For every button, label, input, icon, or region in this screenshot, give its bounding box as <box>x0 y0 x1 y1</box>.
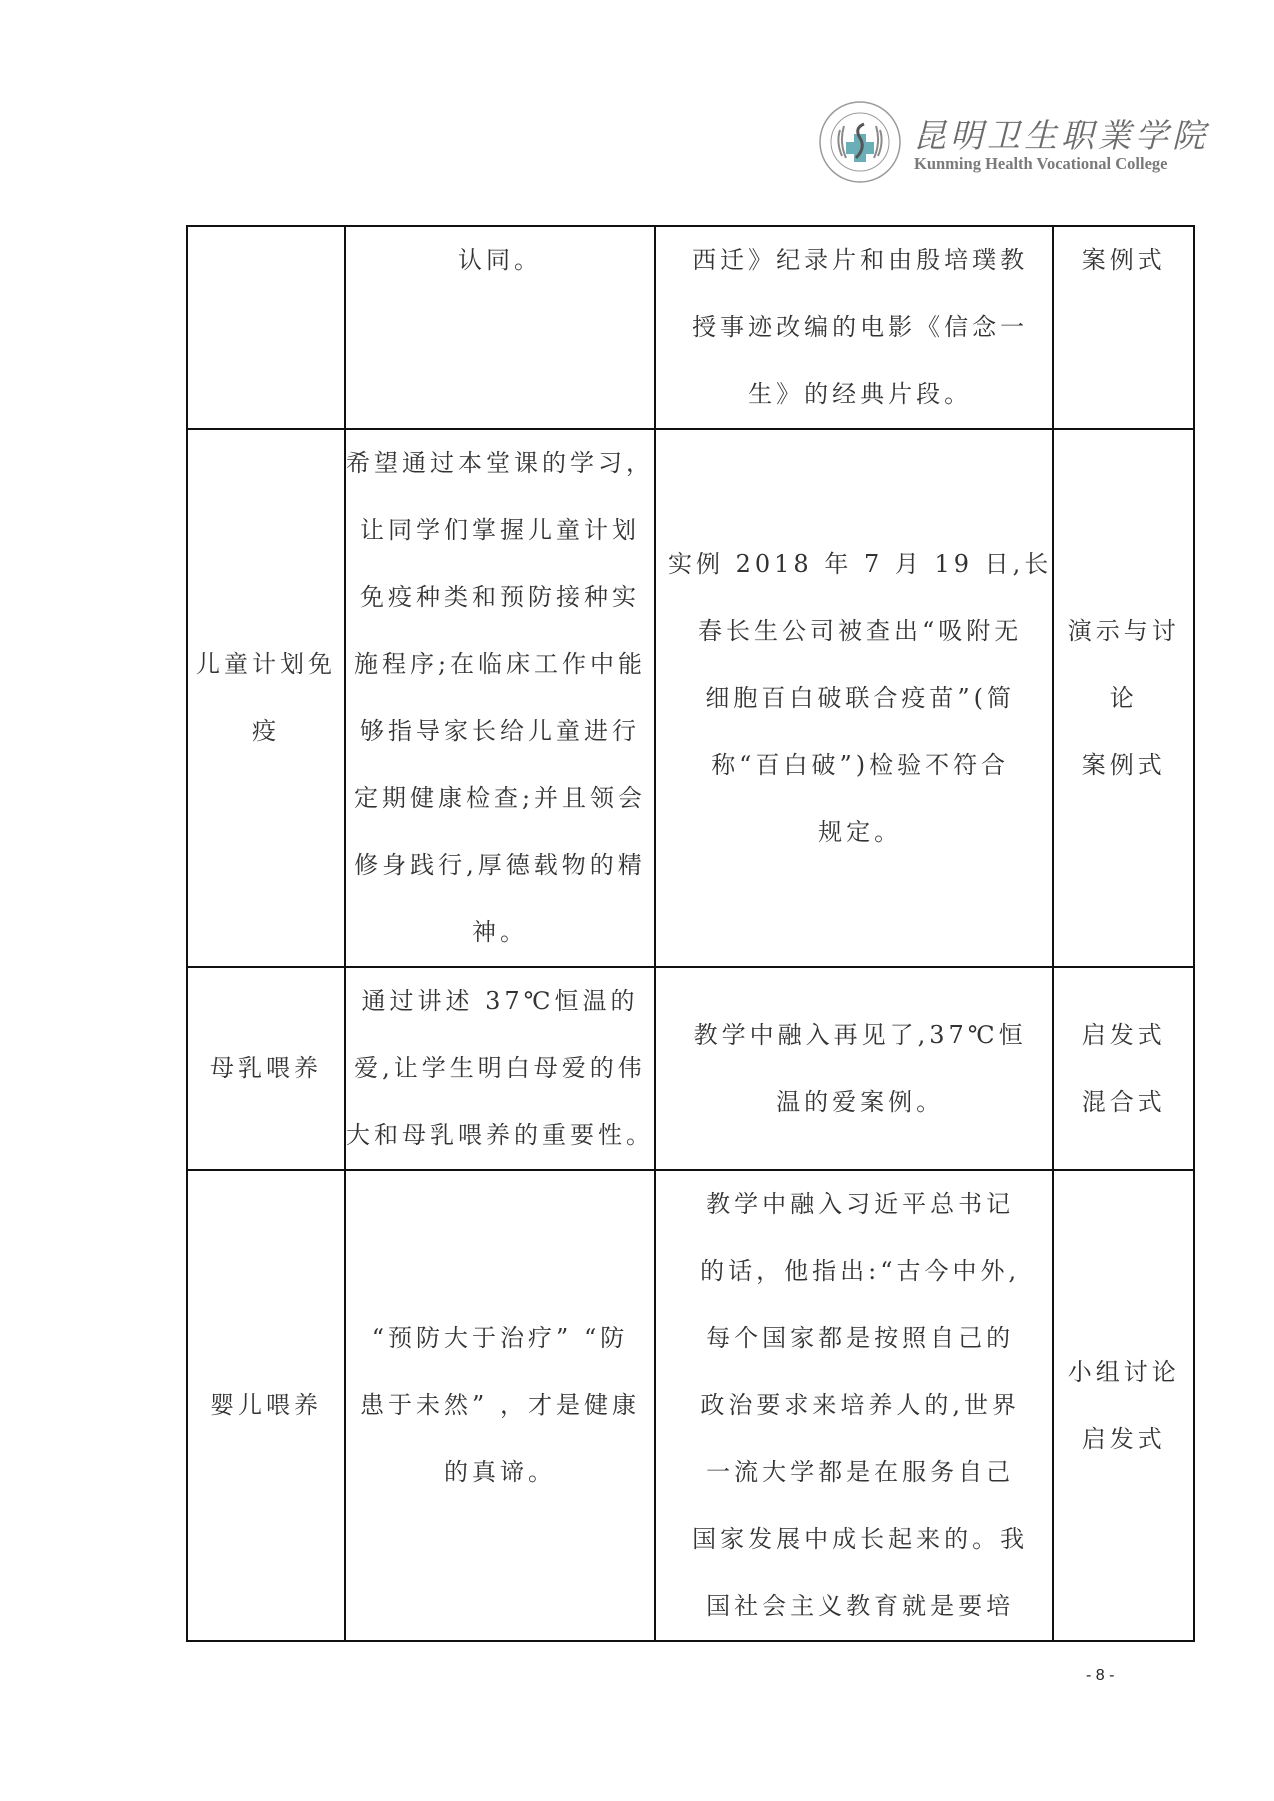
case-cell: 实例 2018 年 7 月 19 日,长 春长生公司被查出“吸附无 细胞百白破联… <box>655 429 1053 967</box>
goal-cell: 认同。 <box>345 226 655 429</box>
table-row: 儿童计划免 疫 希望通过本堂课的学习， 让同学们掌握儿童计划 免疫种类和预防接种… <box>187 429 1194 967</box>
course-design-table: 认同。 西迁》纪录片和由殷培璞教 授事迹改编的电影《信念一 生》的经典片段。 案… <box>186 225 1195 1642</box>
case-cell: 西迁》纪录片和由殷培璞教 授事迹改编的电影《信念一 生》的经典片段。 <box>655 226 1053 429</box>
table-row: 认同。 西迁》纪录片和由殷培璞教 授事迹改编的电影《信念一 生》的经典片段。 案… <box>187 226 1194 429</box>
table-row: 婴儿喂养 “预防大于治疗” “防 患于未然” ，才是健康 的真谛。 教学中融入习… <box>187 1170 1194 1641</box>
table-row: 母乳喂养 通过讲述 37℃恒温的 爱,让学生明白母爱的伟 大和母乳喂养的重要性。… <box>187 967 1194 1170</box>
method-cell: 演示与讨 论 案例式 <box>1053 429 1194 967</box>
page-number: - 8 - <box>1086 1667 1114 1685</box>
college-name-english: Kunming Health Vocational College <box>914 154 1167 174</box>
goal-cell: 通过讲述 37℃恒温的 爱,让学生明白母爱的伟 大和母乳喂养的重要性。 <box>345 967 655 1170</box>
case-cell: 教学中融入习近平总书记 的话，他指出:“古今中外, 每个国家都是按照自己的 政治… <box>655 1170 1053 1641</box>
goal-cell: 希望通过本堂课的学习， 让同学们掌握儿童计划 免疫种类和预防接种实 施程序;在临… <box>345 429 655 967</box>
case-cell: 教学中融入再见了,37℃恒 温的爱案例。 <box>655 967 1053 1170</box>
method-cell: 启发式 混合式 <box>1053 967 1194 1170</box>
topic-cell <box>187 226 345 429</box>
goal-cell: “预防大于治疗” “防 患于未然” ，才是健康 的真谛。 <box>345 1170 655 1641</box>
page-header: 昆明卫生职業学院 Kunming Health Vocational Colle… <box>818 98 1198 188</box>
topic-cell: 母乳喂养 <box>187 967 345 1170</box>
topic-cell: 婴儿喂养 <box>187 1170 345 1641</box>
college-logo-icon <box>818 100 902 184</box>
method-cell: 小组讨论 启发式 <box>1053 1170 1194 1641</box>
topic-cell: 儿童计划免 疫 <box>187 429 345 967</box>
method-cell: 案例式 <box>1053 226 1194 429</box>
college-name-chinese: 昆明卫生职業学院 <box>913 110 1209 157</box>
